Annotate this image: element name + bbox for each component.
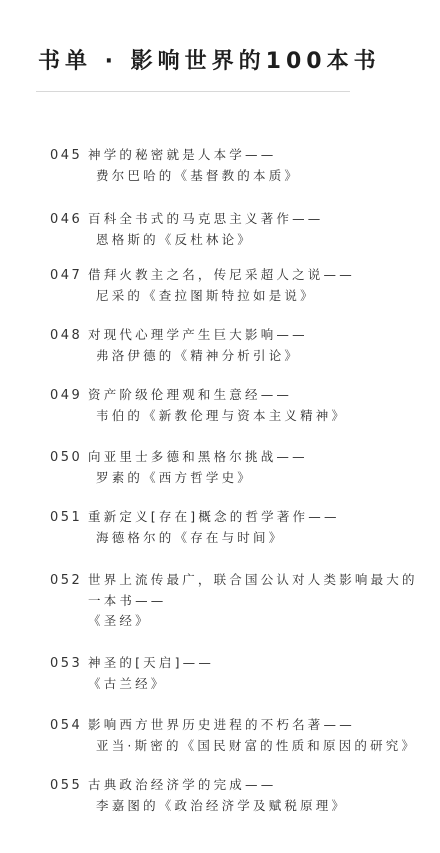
entry-description-line: 046百科全书式的马克思主义著作——	[50, 209, 440, 230]
entry-book: 弗洛伊德的《精神分析引论》	[50, 346, 440, 366]
entry-description: 资产阶级伦理观和生意经——	[88, 387, 292, 402]
entry-book: 韦伯的《新教伦理与资本主义精神》	[50, 406, 440, 426]
entry-book: 李嘉图的《政治经济学及赋税原理》	[50, 796, 440, 816]
entry-description-line: 054影响西方世界历史进程的不朽名著——	[50, 715, 440, 736]
entry-book: 恩格斯的《反杜林论》	[50, 230, 440, 250]
entry-description: 百科全书式的马克思主义著作——	[88, 211, 324, 226]
entry-description-line: 047借拜火教主之名，传尼采超人之说——	[50, 265, 440, 286]
list-item: 050向亚里士多德和黑格尔挑战—— 罗素的《西方哲学史》	[50, 447, 440, 488]
list-item: 054影响西方世界历史进程的不朽名著—— 亚当·斯密的《国民财富的性质和原因的研…	[50, 715, 440, 756]
entry-description: 重新定义[存在]概念的哲学著作——	[88, 509, 340, 524]
entry-description-line: 051重新定义[存在]概念的哲学著作——	[50, 507, 440, 528]
list-item: 047借拜火教主之名，传尼采超人之说—— 尼采的《查拉图斯特拉如是说》	[50, 265, 440, 306]
entry-description-line: 055古典政治经济学的完成——	[50, 775, 440, 796]
list-item: 048对现代心理学产生巨大影响—— 弗洛伊德的《精神分析引论》	[50, 325, 440, 366]
entry-number: 046	[50, 210, 88, 230]
list-item: 052世界上流传最广，联合国公认对人类影响最大的 一本书—— 《圣经》	[50, 570, 440, 631]
entry-description: 神学的秘密就是人本学——	[88, 147, 276, 162]
list-item: 049资产阶级伦理观和生意经—— 韦伯的《新教伦理与资本主义精神》	[50, 385, 440, 426]
list-item: 055古典政治经济学的完成—— 李嘉图的《政治经济学及赋税原理》	[50, 775, 440, 816]
entry-number: 045	[50, 146, 88, 166]
entry-number: 055	[50, 776, 88, 796]
entry-book: 《圣经》	[50, 611, 440, 631]
entry-description-line: 049资产阶级伦理观和生意经——	[50, 385, 440, 406]
entry-book: 海德格尔的《存在与时间》	[50, 528, 440, 548]
entry-description: 世界上流传最广，联合国公认对人类影响最大的	[88, 572, 418, 587]
entry-book: 亚当·斯密的《国民财富的性质和原因的研究》	[50, 736, 440, 756]
title-divider	[36, 91, 350, 92]
list-item: 045神学的秘密就是人本学—— 费尔巴哈的《基督教的本质》	[50, 145, 440, 186]
entry-description-line: 045神学的秘密就是人本学——	[50, 145, 440, 166]
entry-number: 049	[50, 386, 88, 406]
entry-description: 影响西方世界历史进程的不朽名著——	[88, 717, 355, 732]
entry-description: 神圣的[天启]——	[88, 655, 214, 670]
entry-book: 《古兰经》	[50, 674, 440, 694]
list-item: 051重新定义[存在]概念的哲学著作—— 海德格尔的《存在与时间》	[50, 507, 440, 548]
entry-description: 向亚里士多德和黑格尔挑战——	[88, 449, 308, 464]
entry-number: 053	[50, 654, 88, 674]
entry-number: 054	[50, 716, 88, 736]
entry-description: 古典政治经济学的完成——	[88, 777, 276, 792]
list-item: 046百科全书式的马克思主义著作—— 恩格斯的《反杜林论》	[50, 209, 440, 250]
entry-number: 050	[50, 448, 88, 468]
entry-book: 罗素的《西方哲学史》	[50, 468, 440, 488]
entry-number: 048	[50, 326, 88, 346]
page-title: 书单 · 影响世界的100本书	[38, 44, 381, 75]
entry-description-continued: 一本书——	[50, 591, 440, 611]
entry-description-line: 048对现代心理学产生巨大影响——	[50, 325, 440, 346]
entry-description-line: 053神圣的[天启]——	[50, 653, 440, 674]
entry-description-line: 052世界上流传最广，联合国公认对人类影响最大的	[50, 570, 440, 591]
entry-description: 借拜火教主之名，传尼采超人之说——	[88, 267, 355, 282]
list-item: 053神圣的[天启]—— 《古兰经》	[50, 653, 440, 694]
entry-book: 尼采的《查拉图斯特拉如是说》	[50, 286, 440, 306]
entry-description: 对现代心理学产生巨大影响——	[88, 327, 308, 342]
entry-number: 052	[50, 571, 88, 591]
entry-number: 051	[50, 508, 88, 528]
entry-book: 费尔巴哈的《基督教的本质》	[50, 166, 440, 186]
entry-number: 047	[50, 266, 88, 286]
entry-description-line: 050向亚里士多德和黑格尔挑战——	[50, 447, 440, 468]
